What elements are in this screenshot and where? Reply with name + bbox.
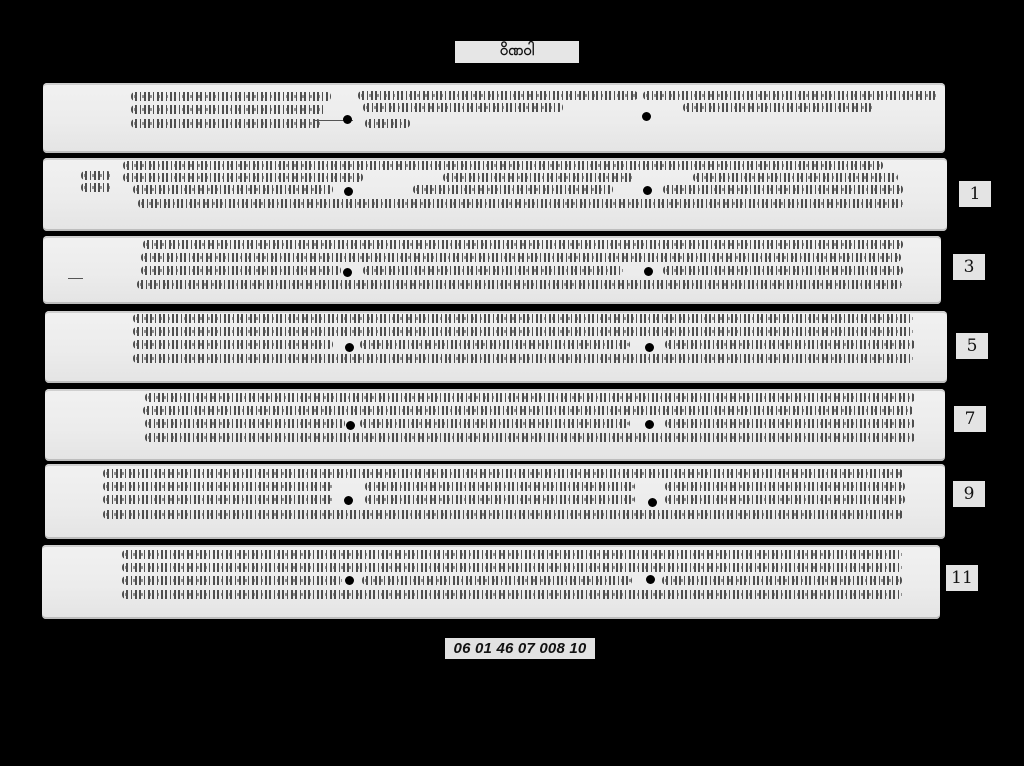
script-line	[665, 495, 905, 504]
script-line	[133, 327, 913, 336]
binding-hole	[345, 343, 354, 352]
script-line	[133, 185, 333, 194]
binding-hole	[344, 496, 353, 505]
archive-id-label: 06 01 46 07 008 10	[445, 638, 595, 659]
leaf-number-tag: 5	[956, 333, 988, 359]
script-line	[131, 92, 331, 101]
script-line	[103, 510, 903, 519]
script-line	[145, 419, 345, 428]
binding-hole	[648, 498, 657, 507]
script-line	[363, 103, 563, 112]
script-line	[122, 550, 902, 559]
script-line	[693, 173, 898, 182]
binding-hole	[346, 421, 355, 430]
script-line	[145, 433, 915, 442]
script-line	[362, 576, 632, 585]
script-line	[122, 590, 902, 599]
script-line	[358, 91, 638, 100]
palm-leaf-4	[45, 389, 945, 461]
leaf-number-tag: 1	[959, 181, 991, 207]
leaf-number: 1	[970, 184, 981, 204]
leaf-number: 3	[964, 257, 975, 277]
script-line	[143, 240, 903, 249]
leaf-number: 5	[967, 336, 978, 356]
script-line	[123, 173, 363, 182]
leaf-number: 9	[964, 484, 975, 504]
script-line	[413, 185, 613, 194]
script-line	[363, 266, 623, 275]
script-line	[137, 280, 902, 289]
script-line	[665, 482, 905, 491]
script-line	[138, 199, 903, 208]
script-line	[143, 406, 913, 415]
script-line	[663, 266, 903, 275]
leaf-number-tag: 3	[953, 254, 985, 280]
script-line	[103, 495, 333, 504]
archive-id-text: 06 01 46 07 008 10	[454, 640, 587, 657]
script-line	[141, 253, 901, 262]
script-line	[360, 340, 630, 349]
script-line	[133, 354, 913, 363]
palm-leaf-2	[43, 236, 941, 304]
script-line	[122, 563, 902, 572]
script-line	[665, 419, 915, 428]
binding-hole	[646, 575, 655, 584]
binding-hole	[343, 268, 352, 277]
script-line	[365, 119, 410, 128]
script-line	[665, 340, 915, 349]
binding-hole	[345, 576, 354, 585]
script-line	[365, 495, 635, 504]
script-line	[103, 482, 333, 491]
binding-hole	[645, 420, 654, 429]
binding-hole	[642, 112, 651, 121]
script-line	[662, 576, 902, 585]
script-line	[81, 171, 111, 180]
script-line	[443, 173, 633, 182]
binding-hole	[645, 343, 654, 352]
script-line	[123, 161, 883, 170]
script-line	[141, 266, 341, 275]
script-line	[133, 314, 913, 323]
script-line	[131, 119, 321, 128]
script-line	[145, 393, 915, 402]
script-line	[643, 91, 938, 100]
script-line	[103, 469, 903, 478]
script-line	[663, 185, 903, 194]
leaf-number-tag: 11	[946, 565, 978, 591]
palm-leaf-0	[43, 83, 945, 153]
binding-hole	[344, 187, 353, 196]
title-label: ဝိဏဝါ	[455, 41, 579, 63]
palm-leaf-6	[42, 545, 940, 619]
binding-hole	[644, 267, 653, 276]
script-line	[365, 482, 635, 491]
script-line	[131, 105, 326, 114]
palm-leaf-1	[43, 158, 947, 231]
leaf-number: 7	[965, 409, 976, 429]
script-line	[683, 103, 873, 112]
binding-hole	[343, 115, 352, 124]
title-label-text: ဝိဏဝါ	[500, 41, 535, 63]
palm-leaf-5	[45, 464, 945, 539]
script-line	[81, 183, 111, 192]
leaf-number-tag: 9	[953, 481, 985, 507]
leaf-number-tag: 7	[954, 406, 986, 432]
binding-hole	[643, 186, 652, 195]
leaf-number: 11	[951, 568, 973, 588]
script-line	[133, 340, 333, 349]
palm-leaf-3	[45, 311, 947, 383]
script-line	[360, 419, 630, 428]
script-line	[122, 576, 342, 585]
